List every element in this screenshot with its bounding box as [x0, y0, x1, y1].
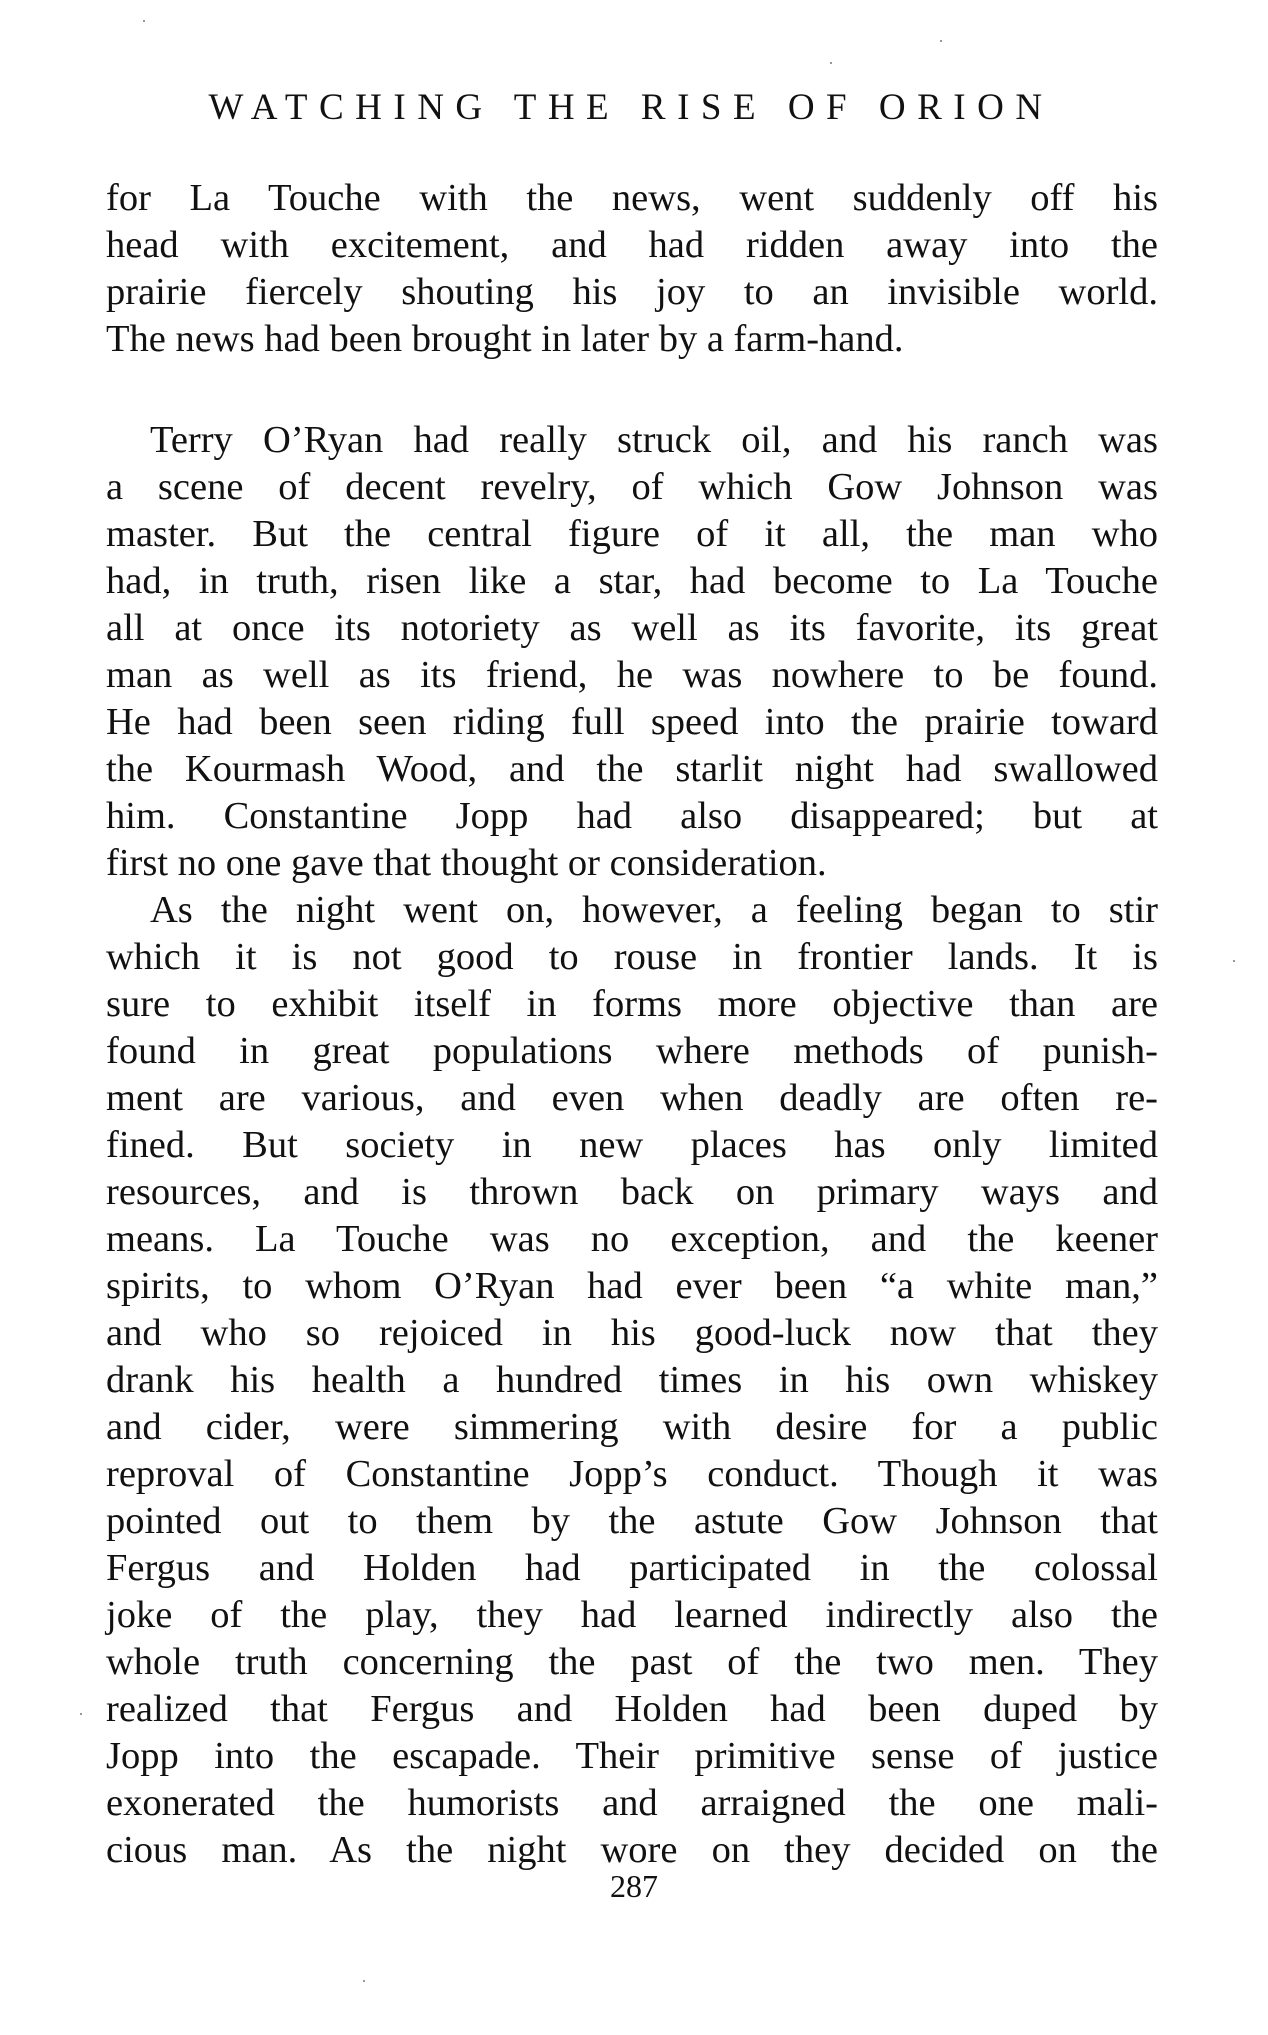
text-line: resources, and is thrown back on primary… — [106, 1169, 1158, 1216]
text-line: a scene of decent revelry, of which Gow … — [106, 464, 1158, 511]
text-line: him. Constantine Jopp had also disappear… — [106, 793, 1158, 840]
text-line: pointed out to them by the astute Gow Jo… — [106, 1498, 1158, 1545]
text-line: the Kourmash Wood, and the starlit night… — [106, 746, 1158, 793]
text-line: joke of the play, they had learned indir… — [106, 1592, 1158, 1639]
text-line: man as well as its friend, he was nowher… — [106, 652, 1158, 699]
scan-speck — [830, 62, 832, 64]
page-number: 287 — [0, 1868, 1268, 1905]
text-line: all at once its notoriety as well as its… — [106, 605, 1158, 652]
text-line: exonerated the humorists and arraigned t… — [106, 1780, 1158, 1827]
running-head: WATCHING THE RISE OF ORION — [150, 86, 1112, 129]
scan-speck — [940, 40, 942, 42]
text-line: Fergus and Holden had participated in th… — [106, 1545, 1158, 1592]
text-line: reproval of Constantine Jopp’s conduct. … — [106, 1451, 1158, 1498]
text-line: means. La Touche was no exception, and t… — [106, 1216, 1158, 1263]
text-line: first no one gave that thought or consid… — [106, 840, 1158, 887]
text-line: drank his health a hundred times in his … — [106, 1357, 1158, 1404]
text-line: Jopp into the escapade. Their primitive … — [106, 1733, 1158, 1780]
text-line: fined. But society in new places has onl… — [106, 1122, 1158, 1169]
text-line: had, in truth, risen like a star, had be… — [106, 558, 1158, 605]
text-line: cious man. As the night wore on they dec… — [106, 1827, 1158, 1874]
scan-speck — [1233, 960, 1235, 962]
text-line: He had been seen riding full speed into … — [106, 699, 1158, 746]
scan-speck — [363, 1980, 365, 1982]
text-line: Terry O’Ryan had really struck oil, and … — [106, 417, 1158, 464]
text-line: found in great populations where methods… — [106, 1028, 1158, 1075]
text-line: and who so rejoiced in his good-luck now… — [106, 1310, 1158, 1357]
text-line: ment are various, and even when deadly a… — [106, 1075, 1158, 1122]
scan-speck — [143, 20, 145, 22]
text-line: realized that Fergus and Holden had been… — [106, 1686, 1158, 1733]
text-line: sure to exhibit itself in forms more obj… — [106, 981, 1158, 1028]
text-line: As the night went on, however, a feeling… — [106, 887, 1158, 934]
scan-speck — [80, 1713, 82, 1715]
text-line: master. But the central figure of it all… — [106, 511, 1158, 558]
text-line: head with excitement, and had ridden awa… — [106, 222, 1158, 269]
text-line: spirits, to whom O’Ryan had ever been “a… — [106, 1263, 1158, 1310]
book-page: WATCHING THE RISE OF ORION for La Touche… — [0, 0, 1268, 2035]
text-line: The news had been brought in later by a … — [106, 316, 1158, 363]
text-line: prairie fiercely shouting his joy to an … — [106, 269, 1158, 316]
text-line: whole truth concerning the past of the t… — [106, 1639, 1158, 1686]
text-line: and cider, were simmering with desire fo… — [106, 1404, 1158, 1451]
text-line: which it is not good to rouse in frontie… — [106, 934, 1158, 981]
text-line: for La Touche with the news, went sudden… — [106, 175, 1158, 222]
